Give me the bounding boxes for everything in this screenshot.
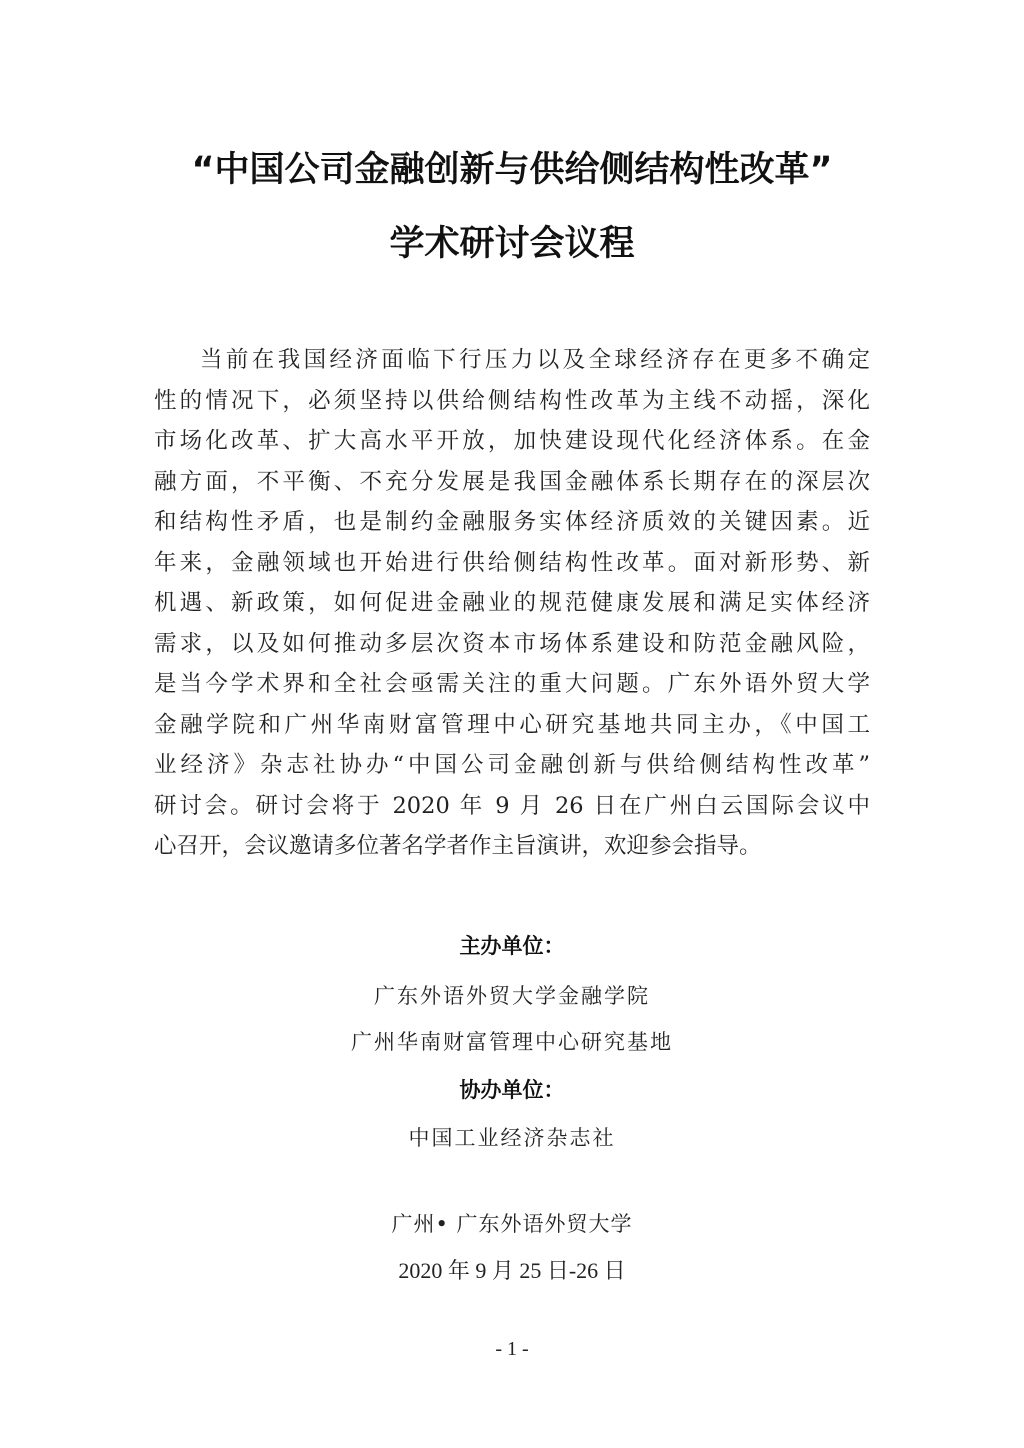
organizers-label: 主办单位：: [0, 930, 1024, 960]
paragraph-line: 融方面，不平衡、不充分发展是我国金融体系长期存在的深层次: [154, 462, 870, 503]
organizer-item: 广东外语外贸大学金融学院: [0, 980, 1024, 1010]
co-organizers-label: 协办单位：: [0, 1074, 1024, 1104]
venue-text: 广州• 广东外语外贸大学: [0, 1208, 1024, 1238]
document-title-line-1: “中国公司金融创新与供给侧结构性改革”: [0, 142, 1024, 192]
paragraph-line: 市场化改革、扩大高水平开放，加快建设现代化经济体系。在金: [154, 421, 870, 462]
paragraph-line: 性的情况下，必须坚持以供给侧结构性改革为主线不动摇，深化: [154, 381, 870, 422]
organizer-item: 广州华南财富管理中心研究基地: [0, 1026, 1024, 1056]
paragraph-line: 金融学院和广州华南财富管理中心研究基地共同主办，《中国工: [154, 705, 870, 746]
co-organizer-item: 中国工业经济杂志社: [0, 1122, 1024, 1152]
paragraph-line: 是当今学术界和全社会亟需关注的重大问题。广东外语外贸大学: [154, 664, 870, 705]
paragraph-line: 研讨会。研讨会将于 2020 年 9 月 26 日在广州白云国际会议中: [154, 786, 870, 827]
page-number: - 1 -: [0, 1338, 1024, 1361]
paragraph-line: 需求，以及如何推动多层次资本市场体系建设和防范金融风险，: [154, 624, 870, 665]
document-title-line-2: 学术研讨会议程: [0, 216, 1024, 266]
paragraph-line: 和结构性矛盾，也是制约金融服务实体经济质效的关键因素。近: [154, 502, 870, 543]
paragraph-line: 心召开，会议邀请多位著名学者作主旨演讲，欢迎参会指导。: [154, 826, 870, 867]
date-text: 2020 年 9 月 25 日-26 日: [0, 1254, 1024, 1285]
intro-paragraph: 当前在我国经济面临下行压力以及全球经济存在更多不确定 性的情况下，必须坚持以供给…: [154, 340, 870, 867]
paragraph-line: 当前在我国经济面临下行压力以及全球经济存在更多不确定: [154, 340, 870, 381]
paragraph-line: 年来，金融领域也开始进行供给侧结构性改革。面对新形势、新: [154, 543, 870, 584]
document-page: “中国公司金融创新与供给侧结构性改革” 学术研讨会议程 当前在我国经济面临下行压…: [0, 0, 1024, 1448]
paragraph-line: 业经济》杂志社协办“中国公司金融创新与供给侧结构性改革”: [154, 745, 870, 786]
paragraph-line: 机遇、新政策，如何促进金融业的规范健康发展和满足实体经济: [154, 583, 870, 624]
